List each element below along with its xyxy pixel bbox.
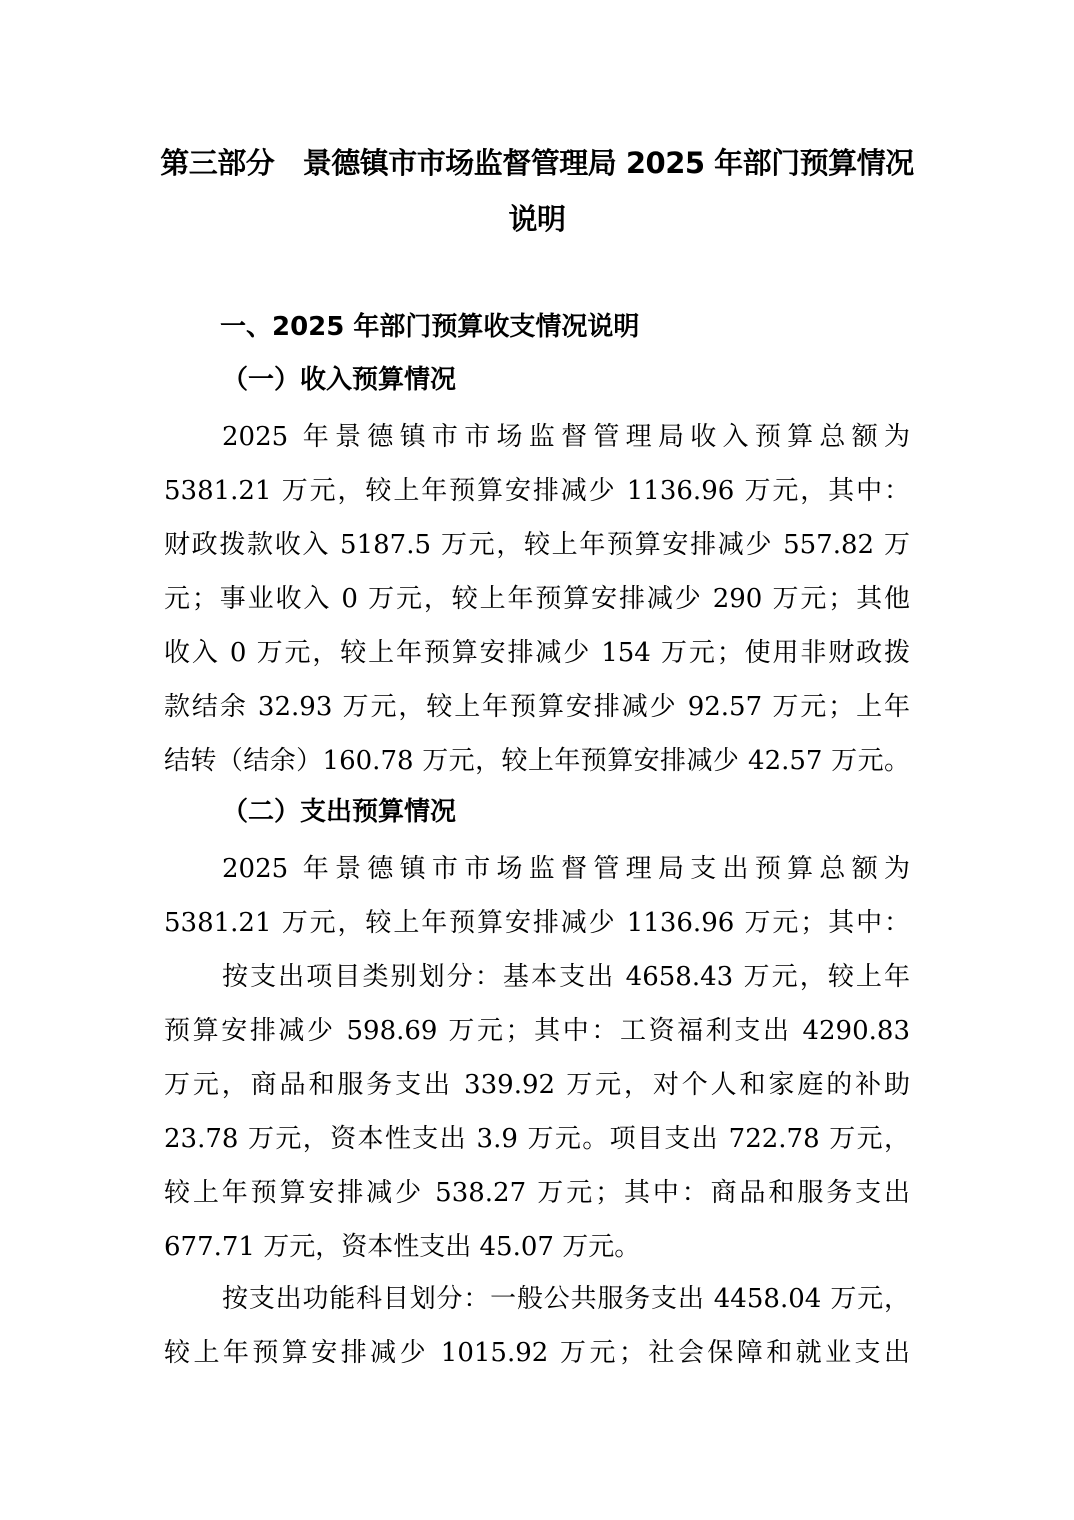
text-line: 结转（结余）160.78 万元，较上年预算安排减少 42.57 万元。 — [164, 734, 910, 788]
text-line: 款结余 32.93 万元，较上年预算安排减少 92.57 万元；上年 — [164, 680, 910, 734]
document-page: 第三部分 景德镇市市场监督管理局 2025 年部门预算情况 说明 一、2025 … — [0, 0, 1074, 1520]
text-line: 5381.21 万元，较上年预算安排减少 1136.96 万元，其中： — [164, 464, 910, 518]
text-line: 预算安排减少 598.69 万元；其中：工资福利支出 4290.83 — [164, 1004, 910, 1058]
expenditure-by-function-paragraph: 按支出功能科目划分：一般公共服务支出 4458.04 万元， 较上年预算安排减少… — [164, 1272, 910, 1380]
subsection-heading-income: （一）收入预算情况 — [222, 358, 456, 402]
expenditure-by-category-paragraph: 按支出项目类别划分：基本支出 4658.43 万元，较上年 预算安排减少 598… — [164, 950, 910, 1274]
text-line: 按支出功能科目划分：一般公共服务支出 4458.04 万元， — [164, 1272, 910, 1326]
text-line: 按支出项目类别划分：基本支出 4658.43 万元，较上年 — [164, 950, 910, 1004]
text-line: 财政拨款收入 5187.5 万元，较上年预算安排减少 557.82 万 — [164, 518, 910, 572]
text-line: 元；事业收入 0 万元，较上年预算安排减少 290 万元；其他 — [164, 572, 910, 626]
text-line: 较上年预算安排减少 1015.92 万元；社会保障和就业支出 — [164, 1326, 910, 1380]
page-title-line-1: 第三部分 景德镇市市场监督管理局 2025 年部门预算情况 — [150, 135, 924, 191]
text-line: 2025 年景德镇市市场监督管理局支出预算总额为 — [164, 842, 910, 896]
expenditure-total-paragraph: 2025 年景德镇市市场监督管理局支出预算总额为 5381.21 万元，较上年预… — [164, 842, 910, 950]
text-line: 677.71 万元，资本性支出 45.07 万元。 — [164, 1220, 910, 1274]
text-line: 5381.21 万元，较上年预算安排减少 1136.96 万元；其中： — [164, 896, 910, 950]
text-line: 收入 0 万元，较上年预算安排减少 154 万元；使用非财政拨 — [164, 626, 910, 680]
page-title: 第三部分 景德镇市市场监督管理局 2025 年部门预算情况 说明 — [150, 135, 924, 247]
section-heading-budget-overview: 一、2025 年部门预算收支情况说明 — [220, 305, 639, 349]
text-line: 2025 年景德镇市市场监督管理局收入预算总额为 — [164, 410, 910, 464]
text-line: 较上年预算安排减少 538.27 万元；其中：商品和服务支出 — [164, 1166, 910, 1220]
page-title-line-2: 说明 — [150, 191, 924, 247]
subsection-heading-expenditure: （二）支出预算情况 — [222, 790, 456, 834]
text-line: 23.78 万元，资本性支出 3.9 万元。项目支出 722.78 万元， — [164, 1112, 910, 1166]
text-line: 万元，商品和服务支出 339.92 万元，对个人和家庭的补助 — [164, 1058, 910, 1112]
income-paragraph: 2025 年景德镇市市场监督管理局收入预算总额为 5381.21 万元，较上年预… — [164, 410, 910, 788]
